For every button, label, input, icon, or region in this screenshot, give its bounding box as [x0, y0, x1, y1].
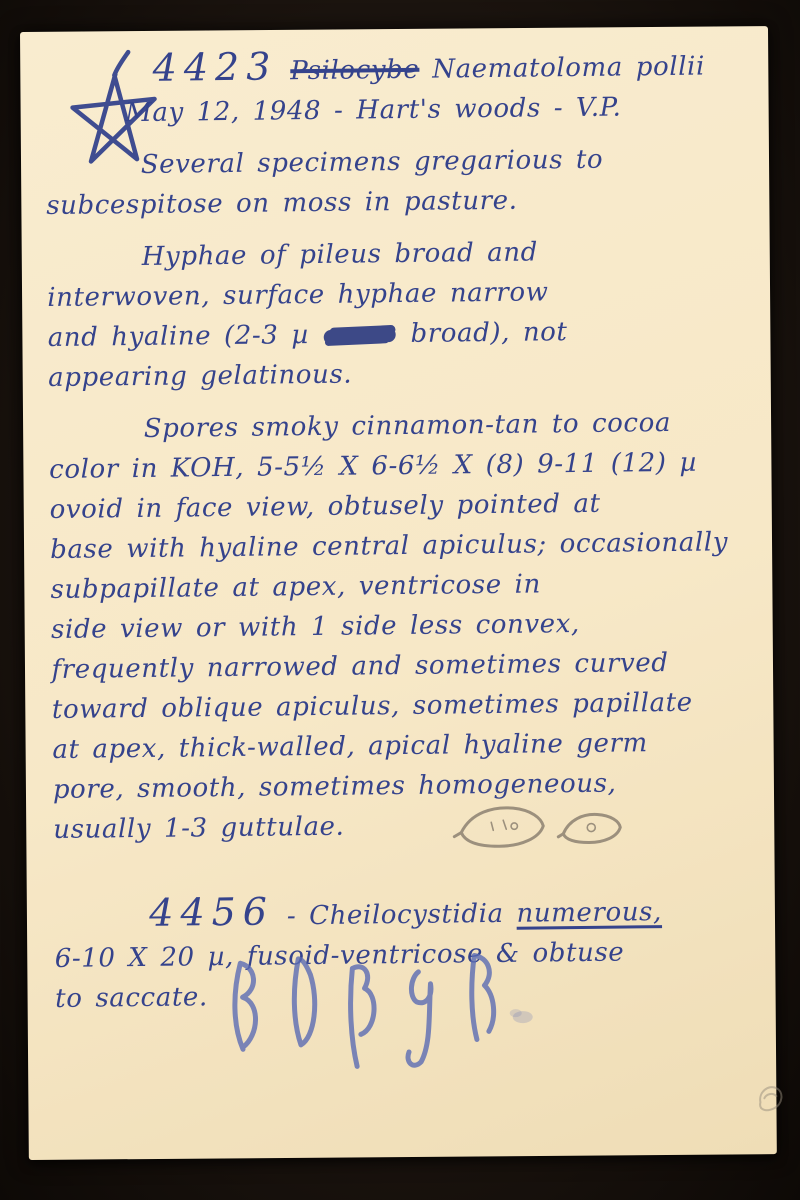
handwriting-line: base with hyaline central apiculus; occa… — [50, 522, 758, 570]
handwriting-line: May 12, 1948 - Hart's woods - V.P. — [125, 86, 753, 133]
handwriting-line: Several specimens gregarious to — [141, 138, 754, 185]
handwriting-segment: side view or with 1 side less convex, — [51, 609, 580, 645]
handwriting-line: Spores smoky cinnamon-tan to cocoa — [144, 402, 757, 449]
handwriting-line: 4456 - Cheilocystidia numerous, — [149, 886, 762, 938]
handwriting-segment: usually 1-3 guttulae. — [53, 812, 344, 845]
handwriting-line: Hyphae of pileus broad and — [142, 230, 755, 277]
handwriting-segment: frequently narrowed and sometimes curved — [51, 648, 668, 685]
handwriting-line: usually 1-3 guttulae. — [53, 802, 761, 850]
handwriting-segment: subpapillate at apex, ventricose in — [50, 569, 541, 605]
pencil-mark-icon — [746, 1076, 790, 1120]
handwriting-segment: numerous, — [516, 897, 662, 929]
handwriting-segment: 4423 — [152, 44, 277, 89]
handwriting-segment: Spores smoky cinnamon-tan to cocoa — [144, 408, 672, 444]
handwriting-segment: Several specimens gregarious to — [141, 145, 604, 180]
ink-scribble-blot — [323, 327, 396, 345]
handwriting-segment: color in KOH, 5-5½ X 6-6½ X (8) 9-11 (12… — [49, 448, 697, 485]
handwriting-segment: Psilocybe — [290, 55, 419, 86]
handwriting-segment: toward oblique apiculus, sometimes papil… — [52, 688, 693, 725]
handwriting-segment: interwoven, surface hyphae narrow — [47, 277, 549, 313]
handwriting-segment: to saccate. — [55, 982, 208, 1014]
handwriting-segment: at apex, thick-walled, apical hyaline ge… — [52, 728, 648, 765]
handwriting-segment: subcespitose on moss in pasture. — [46, 186, 518, 221]
cystidia-sketch-icon — [212, 943, 543, 1086]
handwriting-segment: - Cheilocystidia — [274, 899, 517, 932]
handwriting-segment: base with hyaline central apiculus; occa… — [50, 527, 728, 565]
handwriting-segment: Naematoloma pollii — [419, 52, 705, 85]
handwriting-paragraph: Several specimens gregarious tosubcespit… — [46, 138, 755, 226]
handwriting-line: appearing gelatinous. — [48, 350, 756, 398]
handwriting-paragraph: Spores smoky cinnamon-tan to cocoacolor … — [49, 402, 762, 850]
photo-background: 4423 Psilocybe Naematoloma polliiMay 12,… — [0, 0, 800, 1200]
handwriting-paragraph: 4423 Psilocybe Naematoloma polliiMay 12,… — [44, 41, 753, 134]
handwriting-text: 4423 Psilocybe Naematoloma polliiMay 12,… — [44, 41, 763, 1019]
handwriting-segment: 4456 — [149, 890, 274, 935]
handwriting-line: 4423 Psilocybe Naematoloma pollii — [152, 41, 752, 93]
handwriting-line: toward oblique apiculus, sometimes papil… — [52, 682, 760, 730]
handwriting-segment: Hyphae of pileus broad and — [142, 237, 538, 271]
handwriting-segment — [277, 56, 290, 86]
handwriting-segment: appearing gelatinous. — [48, 360, 352, 393]
handwriting-segment: May 12, 1948 - Hart's woods - V.P. — [125, 93, 622, 129]
handwriting-paragraph: Hyphae of pileus broad andinterwoven, su… — [47, 230, 757, 398]
handwriting-line: subcespitose on moss in pasture. — [46, 178, 754, 226]
spore-sketch-icon — [451, 797, 651, 859]
index-card: 4423 Psilocybe Naematoloma polliiMay 12,… — [20, 26, 777, 1160]
handwriting-segment: ovoid in face view, obtusely pointed at — [50, 489, 601, 525]
handwriting-line: color in KOH, 5-5½ X 6-6½ X (8) 9-11 (12… — [49, 442, 757, 490]
handwriting-segment: and hyaline (2-3 µ — [48, 320, 322, 353]
handwriting-segment: broad), not — [397, 317, 567, 349]
